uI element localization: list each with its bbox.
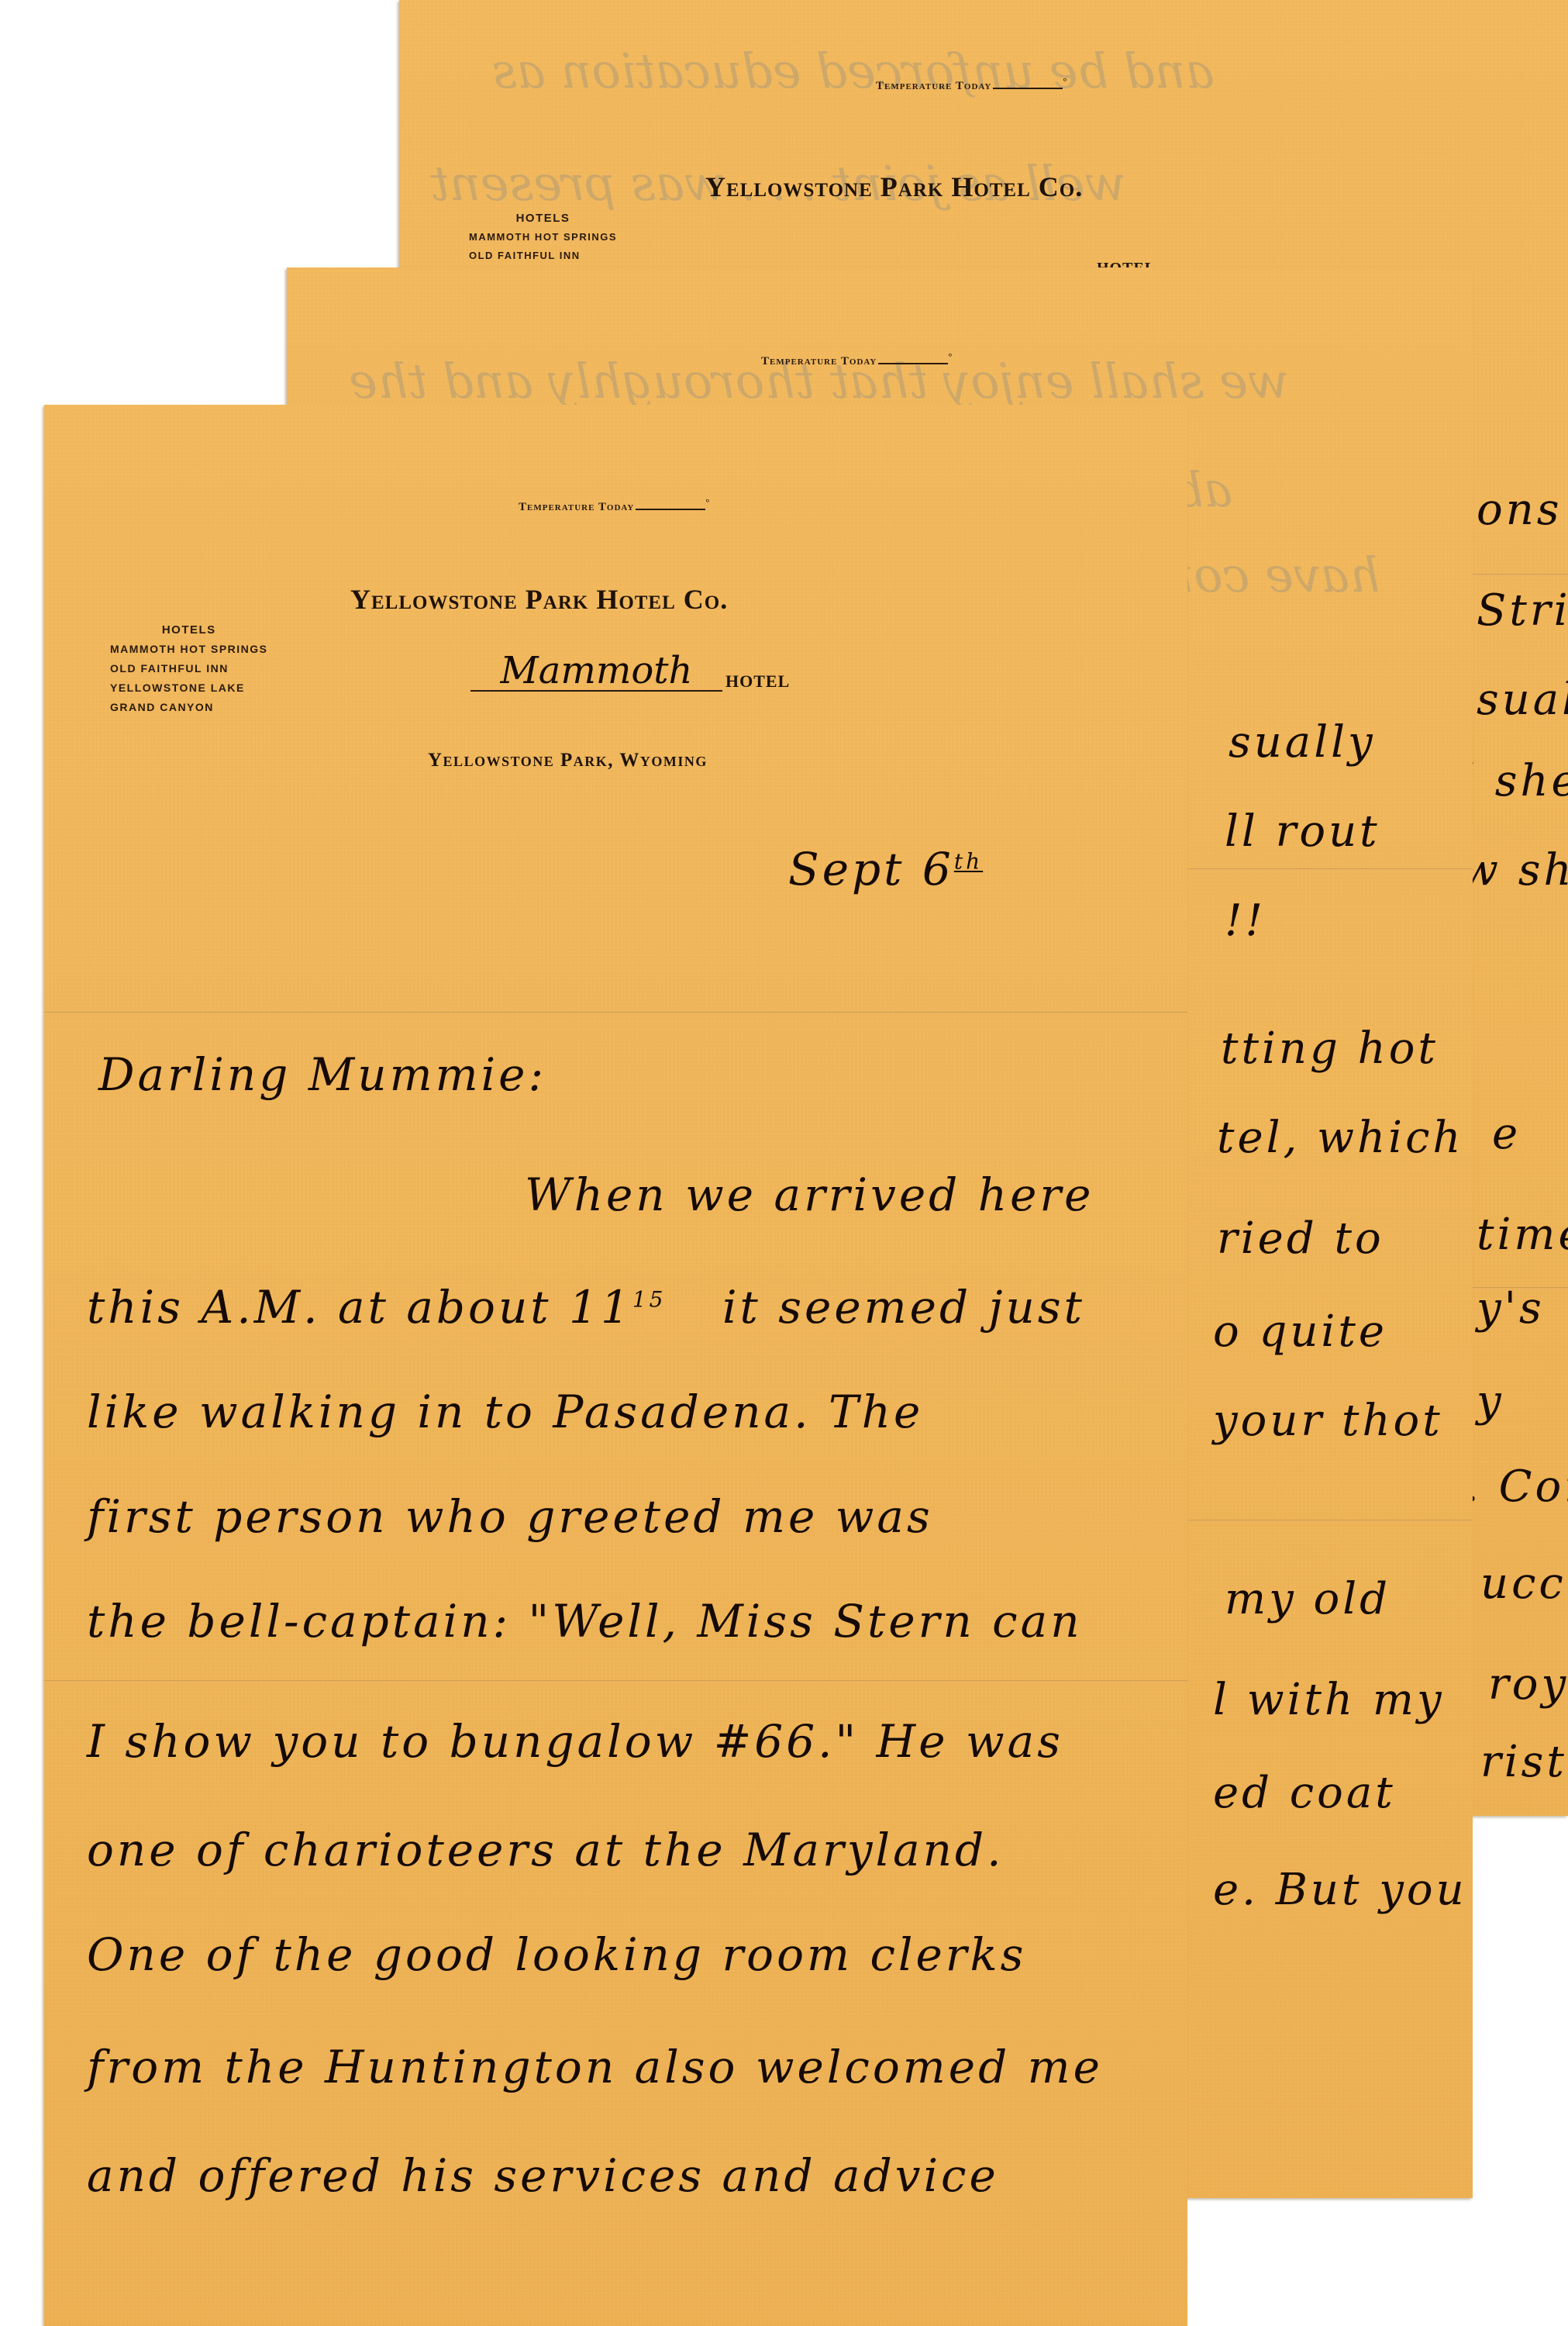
letter-line-text: it seemed just [722, 1281, 1085, 1334]
fold-crease [44, 1680, 1187, 1682]
salutation: Darling Mummie: [98, 1048, 546, 1101]
temperature-field: Temperature Today° [519, 496, 710, 514]
letter-line: like walking in to Pasadena. The [87, 1386, 923, 1438]
letter-date: Sept 6th [788, 843, 983, 896]
temperature-blank [878, 363, 948, 364]
bleed-through-text: and be unforced education as [492, 43, 1214, 99]
handwriting-fragment: ons [1477, 485, 1563, 535]
hotel-item: GRAND CANYON [110, 698, 268, 717]
hotel-word: HOTEL [725, 671, 790, 692]
company-name: Yellowstone Park Hotel Co. [705, 171, 1083, 203]
letter-line: one of charioteers at the Maryland. [87, 1824, 1005, 1876]
hotel-name-line: Mammoth HOTEL [470, 651, 790, 692]
handwriting-fragment: o quite [1213, 1306, 1387, 1357]
company-name: Yellowstone Park Hotel Co. [350, 583, 728, 616]
handwriting-fragment: e. But you [1213, 1865, 1467, 1915]
handwriting-fragment: w she [1461, 845, 1568, 896]
hotel-item: YELLOWSTONE LAKE [110, 678, 268, 698]
handwriting-fragment: l she's [1461, 756, 1568, 806]
hotels-list: HOTELS MAMMOTH HOT SPRINGS OLD FAITHFUL … [469, 209, 617, 265]
handwriting-fragment: sual [1477, 675, 1568, 725]
handwriting-fragment: ried to [1217, 1213, 1384, 1264]
handwriting-fragment: uccise [1480, 1558, 1568, 1609]
handwriting-fragment: my old [1225, 1574, 1391, 1624]
letter-line: One of the good looking room clerks [87, 1928, 1026, 1981]
time-superscript: 15 [632, 1287, 667, 1313]
letter-line: the bell-captain: "Well, Miss Stern can [87, 1595, 1083, 1648]
temperature-blank [636, 509, 705, 510]
temperature-label: Temperature Today [519, 501, 634, 513]
letter-line: I show you to bungalow #66." He was [87, 1715, 1063, 1768]
temperature-field: Temperature Today° [761, 350, 953, 368]
hotel-item: OLD FAITHFUL INN [469, 247, 617, 265]
handwriting-fragment: y [1477, 1376, 1504, 1427]
location-line: Yellowstone Park, Wyoming [428, 750, 708, 771]
letter-line: first person who greeted me was [87, 1490, 933, 1543]
hotels-list: HOTELS MAMMOTH HOT SPRINGS OLD FAITHFUL … [110, 620, 268, 717]
handwriting-fragment: ed coat [1213, 1768, 1396, 1818]
handwriting-fragment: roy [1488, 1659, 1568, 1710]
degree-symbol: ° [705, 496, 710, 508]
handwriting-fragment: e [1492, 1109, 1521, 1159]
handwriting-fragment: time. [1477, 1210, 1568, 1260]
hotel-item: MAMMOTH HOT SPRINGS [469, 228, 617, 247]
hotel-item: MAMMOTH HOT SPRINGS [110, 640, 268, 659]
letter-line-text: this A.M. at about 11 [87, 1281, 632, 1334]
hotels-heading: HOTELS [469, 209, 617, 228]
hotel-item: OLD FAITHFUL INN [110, 659, 268, 678]
handwriting-fragment: riston [1480, 1737, 1568, 1787]
degree-symbol: ° [948, 350, 953, 362]
handwriting-fragment: tel, which [1217, 1113, 1464, 1163]
temperature-field: Temperature Today° [876, 75, 1067, 93]
handwriting-fragment: ll rout [1225, 806, 1380, 857]
handwriting-fragment: !! [1225, 896, 1266, 946]
handwriting-fragment: . Con [1465, 1462, 1568, 1512]
handwriting-fragment: l with my [1213, 1675, 1445, 1725]
handwriting-fragment: y's [1477, 1283, 1545, 1334]
hotels-heading: HOTELS [110, 620, 268, 640]
letter-line: When we arrived here [525, 1168, 1094, 1221]
date-text: Sept 6 [788, 843, 954, 896]
handwriting-fragment: your thot [1213, 1396, 1443, 1446]
letter-line: and offered his services and advice [87, 2149, 999, 2202]
temperature-label: Temperature Today [876, 80, 991, 92]
temperature-blank [993, 88, 1063, 89]
handwriting-fragment: sually [1229, 717, 1376, 768]
handwriting-fragment: tting hot [1221, 1023, 1439, 1074]
letter-line: from the Huntington also welcomed me [87, 2041, 1103, 2093]
letter-line: this A.M. at about 1115 it seemed just [87, 1281, 1085, 1334]
hotel-name-handwritten: Mammoth [470, 651, 722, 692]
degree-symbol: ° [1063, 75, 1067, 87]
date-suffix: th [954, 849, 983, 875]
handwriting-fragment: Strin [1477, 585, 1568, 636]
temperature-label: Temperature Today [761, 355, 877, 368]
fold-crease [44, 1012, 1187, 1013]
letter-page-1: Temperature Today° Yellowstone Park Hote… [44, 405, 1187, 2326]
